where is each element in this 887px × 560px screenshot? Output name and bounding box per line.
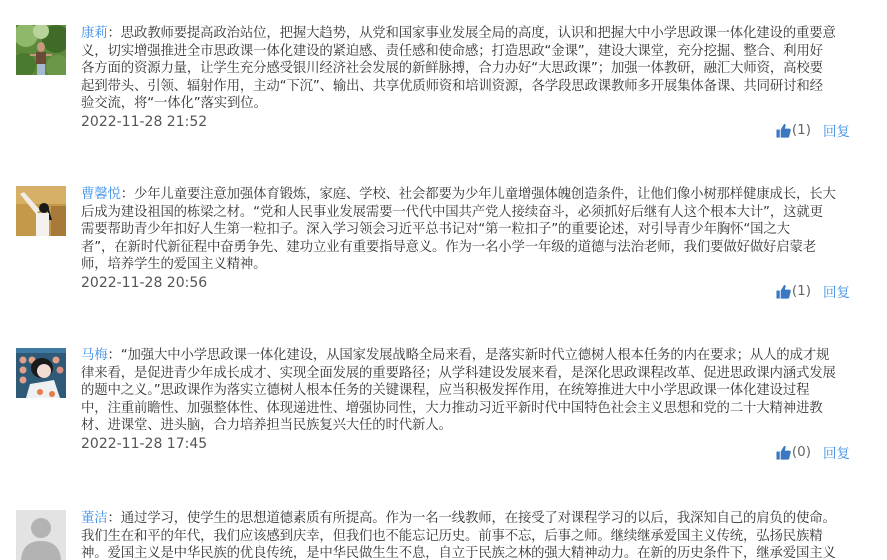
comment-text-line: 材、进课堂、进头脑，合力培养担当民族复兴大任的时代新人。 bbox=[81, 417, 881, 435]
comment-text-line: 神。爱国主义是中华民族的优良传统，是中华民做生生不息，自立于民族之林的强大精神动… bbox=[81, 545, 881, 560]
comment-date: 2022-11-28 17:45 bbox=[81, 435, 881, 453]
comment-actions: (0) 回复 bbox=[776, 442, 850, 462]
comment-text-line: 通过学习，使学生的思想道德素质有所提高。作为一名一线教师，在接受了对课程学习的以… bbox=[121, 511, 836, 526]
comment-text-line: 的题中之义。”思政课作为落实立德树人根本任务的关键课程，应当积极发挥作用，在统筹… bbox=[81, 382, 881, 400]
thumbs-up-icon bbox=[776, 123, 791, 138]
comment-date: 2022-11-28 21:52 bbox=[81, 113, 881, 131]
comment-author[interactable]: 曹馨悦 bbox=[81, 187, 121, 202]
like-count: (1) bbox=[792, 122, 811, 138]
comment-text-line: 思政教师要提高政治站位，把握大趋势，从党和国家事业发展全局的高度，认识和把握大中… bbox=[121, 26, 836, 41]
avatar[interactable] bbox=[16, 186, 66, 236]
avatar[interactable] bbox=[16, 348, 66, 398]
avatar[interactable] bbox=[16, 510, 66, 560]
comment-text-line: “加强大中小学思政课一体化建设，从国家发展战略全局来看，是落实新时代立德树人根本… bbox=[121, 348, 830, 363]
comment-text-line: 者”，在新时代新征程中奋勇争先、建功立业有重要指导意义。作为一名小学一年级的道德… bbox=[81, 239, 881, 257]
separator: ： bbox=[107, 26, 120, 41]
comment-text-line: 义，切实增强推进全市思政课一体化建设的紧迫感、责任感和使命感；打造思政“金课”，… bbox=[81, 43, 881, 61]
like-button[interactable]: (1) bbox=[776, 283, 811, 299]
comment-body: 曹馨悦：少年儿童要注意加强体育锻炼，家庭、学校、社会都要为少年儿童增强体魄创造条… bbox=[81, 186, 881, 292]
reply-button[interactable]: 回复 bbox=[823, 281, 850, 301]
thumbs-up-icon bbox=[776, 284, 791, 299]
comment-text-line: 各方面的资源力量，让学生充分感受银川经济社会发展的新鲜脉搏，合力办好“大思政课”… bbox=[81, 60, 881, 78]
avatar[interactable] bbox=[16, 25, 66, 75]
like-count: (0) bbox=[792, 444, 811, 460]
thumbs-up-icon bbox=[776, 445, 791, 460]
reply-button[interactable]: 回复 bbox=[823, 442, 850, 462]
separator: ： bbox=[107, 348, 120, 363]
like-button[interactable]: (1) bbox=[776, 122, 811, 138]
comment-text-line: 我们生在和平的年代，我们应该感到庆幸，但我们也不能忘记历史。前事不忘，后事之师。… bbox=[81, 528, 881, 546]
comment-text-line: 后成为建设祖国的栋梁之材。“党和人民事业发展需要一代代中国共产党人接续奋斗，必须… bbox=[81, 204, 881, 222]
comment-text-line: 律来看，是促进青少年成长成才、实现全面发展的重要路径；从学科建设发展来看，是深化… bbox=[81, 365, 881, 383]
comment-body: 董洁：通过学习，使学生的思想道德素质有所提高。作为一名一线教师，在接受了对课程学… bbox=[81, 510, 881, 560]
comment-actions: (1) 回复 bbox=[776, 281, 850, 301]
comment-actions: (1) 回复 bbox=[776, 120, 850, 140]
reply-button[interactable]: 回复 bbox=[823, 120, 850, 140]
like-count: (1) bbox=[792, 283, 811, 299]
comment-text-line: 需要帮助青少年扣好人生第一粒扣子。深入学习领会习近平总书记对“第一粒扣子”的重要… bbox=[81, 221, 881, 239]
comment-date: 2022-11-28 20:56 bbox=[81, 274, 881, 292]
separator: ： bbox=[107, 511, 120, 526]
like-button[interactable]: (0) bbox=[776, 444, 811, 460]
comment-author[interactable]: 康莉 bbox=[81, 26, 107, 41]
default-user-icon bbox=[16, 510, 66, 560]
comment-author[interactable]: 董洁 bbox=[81, 511, 107, 526]
comment-author[interactable]: 马梅 bbox=[81, 348, 107, 363]
comment-text-line: 中，注重前瞻性、加强整体性、体现递进性、增强协同性，大力推动习近平新时代中国特色… bbox=[81, 400, 881, 418]
comment-body: 康莉：思政教师要提高政治站位，把握大趋势，从党和国家事业发展全局的高度，认识和把… bbox=[81, 25, 881, 131]
separator: ： bbox=[121, 187, 134, 202]
comment-body: 马梅：“加强大中小学思政课一体化建设，从国家发展战略全局来看，是落实新时代立德树… bbox=[81, 347, 881, 453]
comment-text-line: 少年儿童要注意加强体育锻炼，家庭、学校、社会都要为少年儿童增强体魄创造条件，让他… bbox=[134, 187, 836, 202]
comment-text-line: 师，培养学生的爱国主义精神。 bbox=[81, 256, 881, 274]
comment-text-line: 起到带头、引领、辐射作用，主动“下沉”、输出、共享优质师资和培训资源，各学段思政… bbox=[81, 78, 881, 96]
comment-text-line: 验交流，将“一体化”落实到位。 bbox=[81, 95, 881, 113]
